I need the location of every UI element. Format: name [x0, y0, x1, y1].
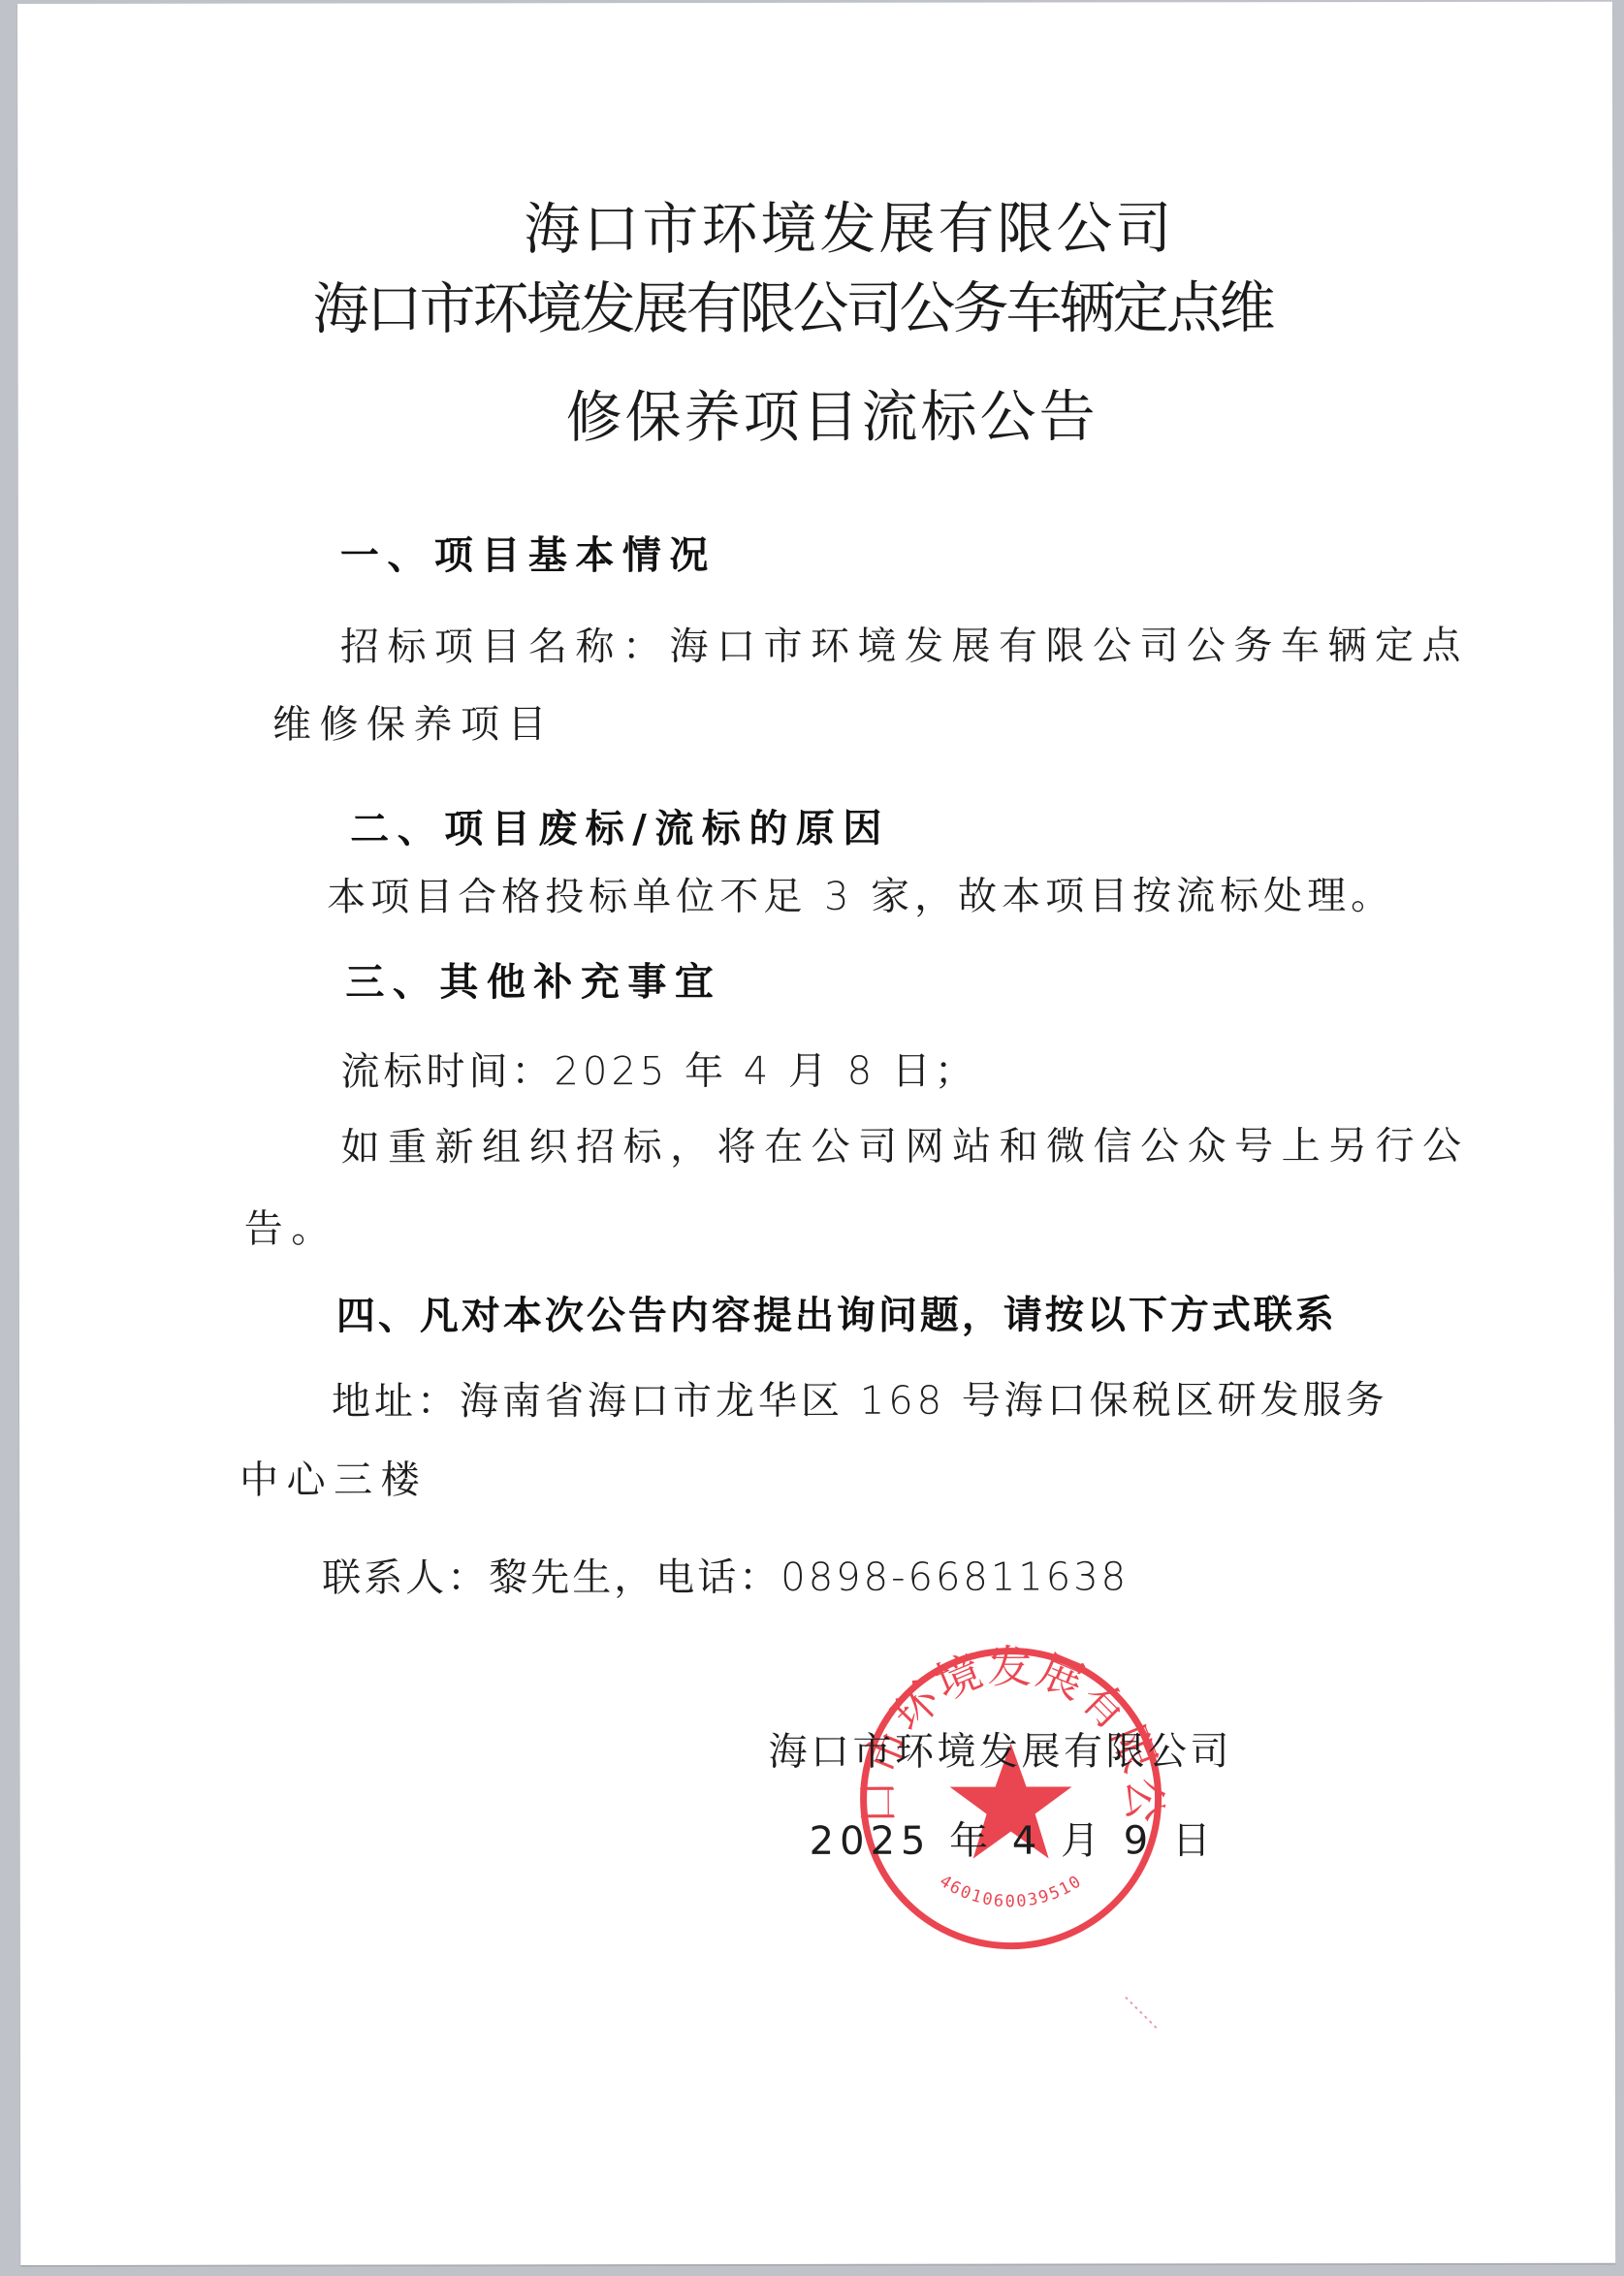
title-line-1: 海口市环境发展有限公司: [524, 200, 1174, 257]
address-line-2: 中心三楼: [239, 1460, 428, 1499]
section-1-line-2: 维修保养项目: [272, 705, 555, 744]
section-1-line-1: 招标项目名称：海口市环境发展有限公司公务车辆定点: [340, 626, 1469, 667]
section-2-line-1: 本项目合格投标单位不足 3 家，故本项目按流标处理。: [327, 877, 1394, 917]
signature-date: 2025 年 4 月 9 日: [810, 1821, 1217, 1861]
address-line-1: 地址：海南省海口市龙华区 168 号海口保税区研发服务: [332, 1381, 1388, 1422]
title-line-3: 修保养项目流标公告: [566, 388, 1099, 445]
section-2-heading: 二、项目废标/流标的原因: [350, 810, 890, 849]
section-1-heading: 一、项目基本情况: [340, 536, 716, 576]
svg-text:4601060039510: 4601060039510: [936, 1872, 1086, 1912]
section-4-heading: 四、凡对本次公告内容提出询问题，请按以下方式联系: [336, 1296, 1337, 1335]
contact-line: 联系人：黎先生，电话：0898-66811638: [322, 1557, 1129, 1597]
section-3-line-3: 告。: [244, 1210, 338, 1249]
section-3-line-1: 流标时间：2025 年 4 月 8 日；: [341, 1052, 977, 1092]
signature-company: 海口市环境发展有限公司: [768, 1732, 1232, 1772]
scan-mark-icon: [1124, 1995, 1162, 2034]
company-seal-icon: 海口市环境发展有限公司 4601060039510: [855, 1641, 1165, 1951]
section-3-line-2: 如重新组织招标，将在公司网站和微信公众号上另行公: [341, 1127, 1470, 1168]
document-page: 海口市环境发展有限公司 海口市环境发展有限公司公务车辆定点维 修保养项目流标公告…: [17, 2, 1615, 2265]
section-3-heading: 三、其他补充事宜: [345, 963, 721, 1003]
title-line-2: 海口市环境发展有限公司公务车辆定点维: [312, 279, 1272, 337]
